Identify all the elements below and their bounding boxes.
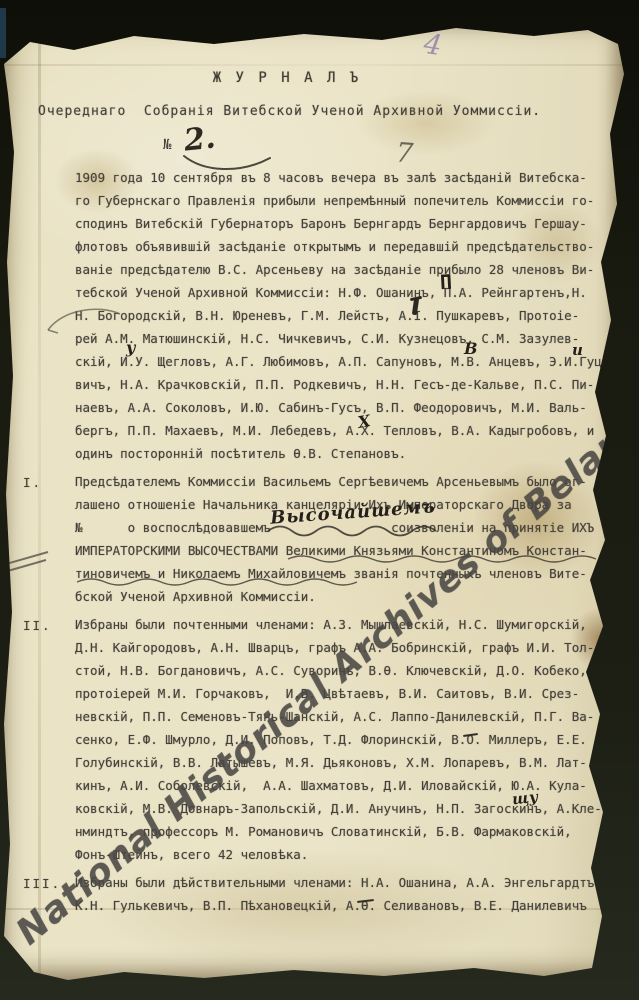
binding-edge — [0, 8, 6, 58]
text-line: го Губернскаго Правленія прибыли непремѣ… — [75, 189, 621, 212]
pencil-margin-hook — [44, 300, 128, 336]
text-line: вичъ, Н.А. Крачковскій, П.П. Родкевичъ, … — [75, 373, 621, 396]
margin-insert-letters: щу — [511, 788, 539, 809]
handwritten-page-number: 4 — [422, 27, 445, 62]
text-line: рей А.М. Матюшинскій, Н.С. Чичкевичъ, С.… — [75, 327, 621, 350]
ink-correction-letter: у — [126, 338, 136, 357]
fold-line — [4, 64, 624, 66]
paragraph: III.Избраны были дѣйствительными членами… — [75, 871, 621, 917]
margin-numeral: II. — [23, 614, 52, 637]
text-line: сподинъ Витебскій Губернаторъ Баронъ Бер… — [75, 212, 621, 235]
handwritten-pencil-seven: 7 — [395, 137, 414, 169]
wavy-underline — [75, 577, 351, 587]
document-page: Ж У Р Н А Л Ъ Очереднаго Собранія Витебс… — [4, 24, 624, 980]
ink-correction-letter: П — [439, 270, 452, 295]
pencil-double-slash — [4, 548, 54, 576]
text-line: кинъ, А.И. Соболевскій, А.А. Шахматовъ, … — [75, 774, 621, 797]
ink-correction-letter: В — [464, 339, 478, 358]
text-line: бергъ, П.П. Махаевъ, М.И. Лебедевъ, А.Х.… — [75, 419, 621, 442]
text-line: Избраны были почтенными членами: А.З. Мы… — [75, 613, 621, 636]
text-line: одинъ посторонній посѣтитель Ѳ.В. Степан… — [75, 442, 621, 465]
number-sign: № — [163, 137, 171, 153]
fold-line — [38, 24, 41, 980]
text-line: 1909 года 10 сентября въ 8 часовъ вечера… — [75, 166, 621, 189]
insert-word-squiggle — [266, 524, 456, 538]
paper-stain — [356, 90, 496, 156]
text-line: наевъ, А.А. Соколовъ, И.Ю. Сабинъ-Гусъ, … — [75, 396, 621, 419]
text-line: невскій, П.П. Семеновъ-Тянь-Шанскій, А.С… — [75, 705, 621, 728]
paragraph: 1909 года 10 сентября въ 8 часовъ вечера… — [75, 166, 621, 465]
text-line: сенко, Е.Ф. Шмурло, Д.И. Поповъ, Т.Д. Фл… — [75, 728, 621, 751]
text-line: Н. Богородскій, В.Н. Юреневъ, Г.М. Лейст… — [75, 304, 621, 327]
text-line: тебской Ученой Архивной Коммиссіи: Н.Ф. … — [75, 281, 621, 304]
text-line: Избраны были дѣйствительными членами: Н.… — [75, 871, 621, 894]
flourish-underline — [182, 152, 274, 174]
text-line: бской Ученой Архивной Коммиссіи. — [75, 585, 621, 608]
text-line: скій, И.У. Щегловъ, А.Г. Любимовъ, А.П. … — [75, 350, 621, 373]
text-line: Голубинскій, В.В. Латышевъ, М.Я. Дьяконо… — [75, 751, 621, 774]
journal-title: Ж У Р Н А Л Ъ — [4, 70, 570, 86]
archival-scan: Ж У Р Н А Л Ъ Очереднаго Собранія Витебс… — [0, 0, 639, 1000]
journal-subtitle: Очереднаго Собранія Витебской Ученой Арх… — [38, 104, 541, 119]
text-line: ваніе предсѣдателю В.С. Арсеньеву на зас… — [75, 258, 621, 281]
ink-correction-letter: и — [572, 341, 583, 359]
text-line: К.Н. Гулькевичъ, В.П. Пѣхановецкій, А.Ѳ.… — [75, 894, 621, 917]
text-line: флотовъ объявившій засѣданіе открытымъ и… — [75, 235, 621, 258]
margin-numeral: I. — [23, 471, 42, 494]
